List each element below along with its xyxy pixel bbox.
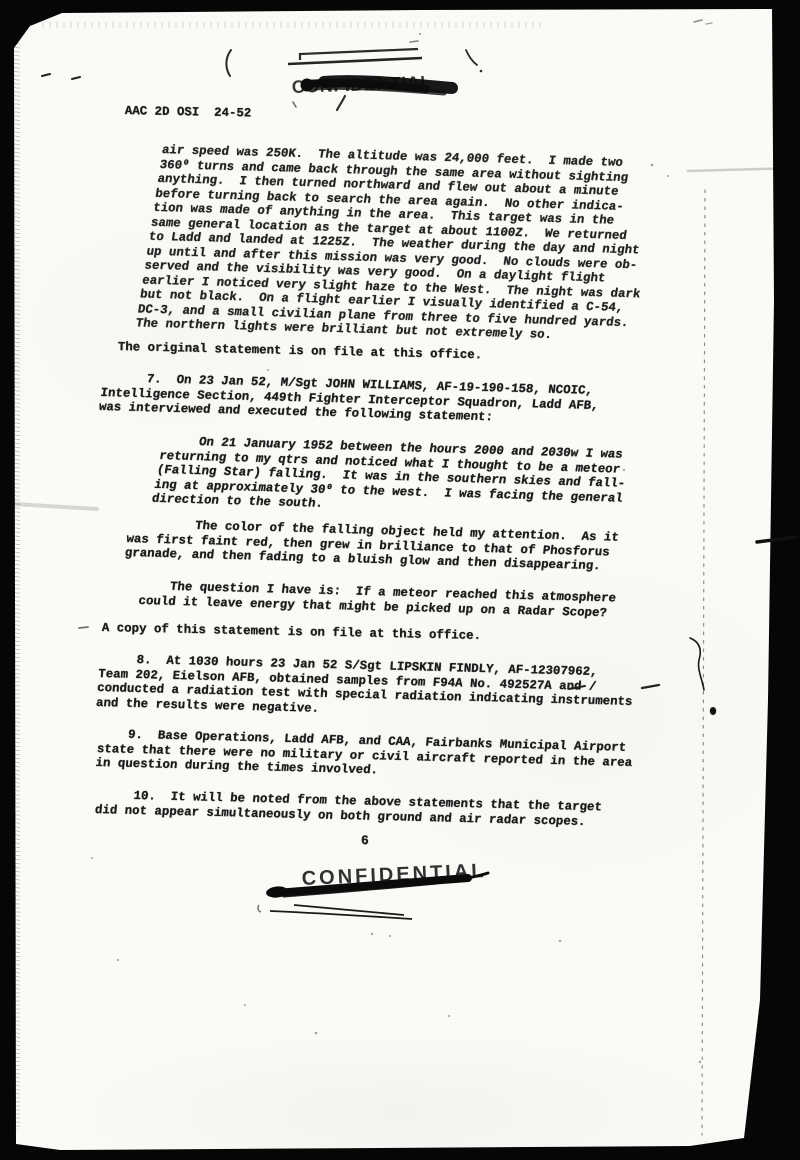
document-reference: AAC 2D OSI 24-52: [125, 104, 252, 121]
pilot-statement-continuation: air speed was 250K. The altitude was 24,…: [135, 143, 661, 345]
page-number: 6: [361, 834, 369, 849]
williams-statement-para-1: On 21 January 1952 between the hours 200…: [151, 434, 632, 520]
scanned-document-page: { "document": { "reference_number": "AAC…: [0, 0, 800, 1160]
